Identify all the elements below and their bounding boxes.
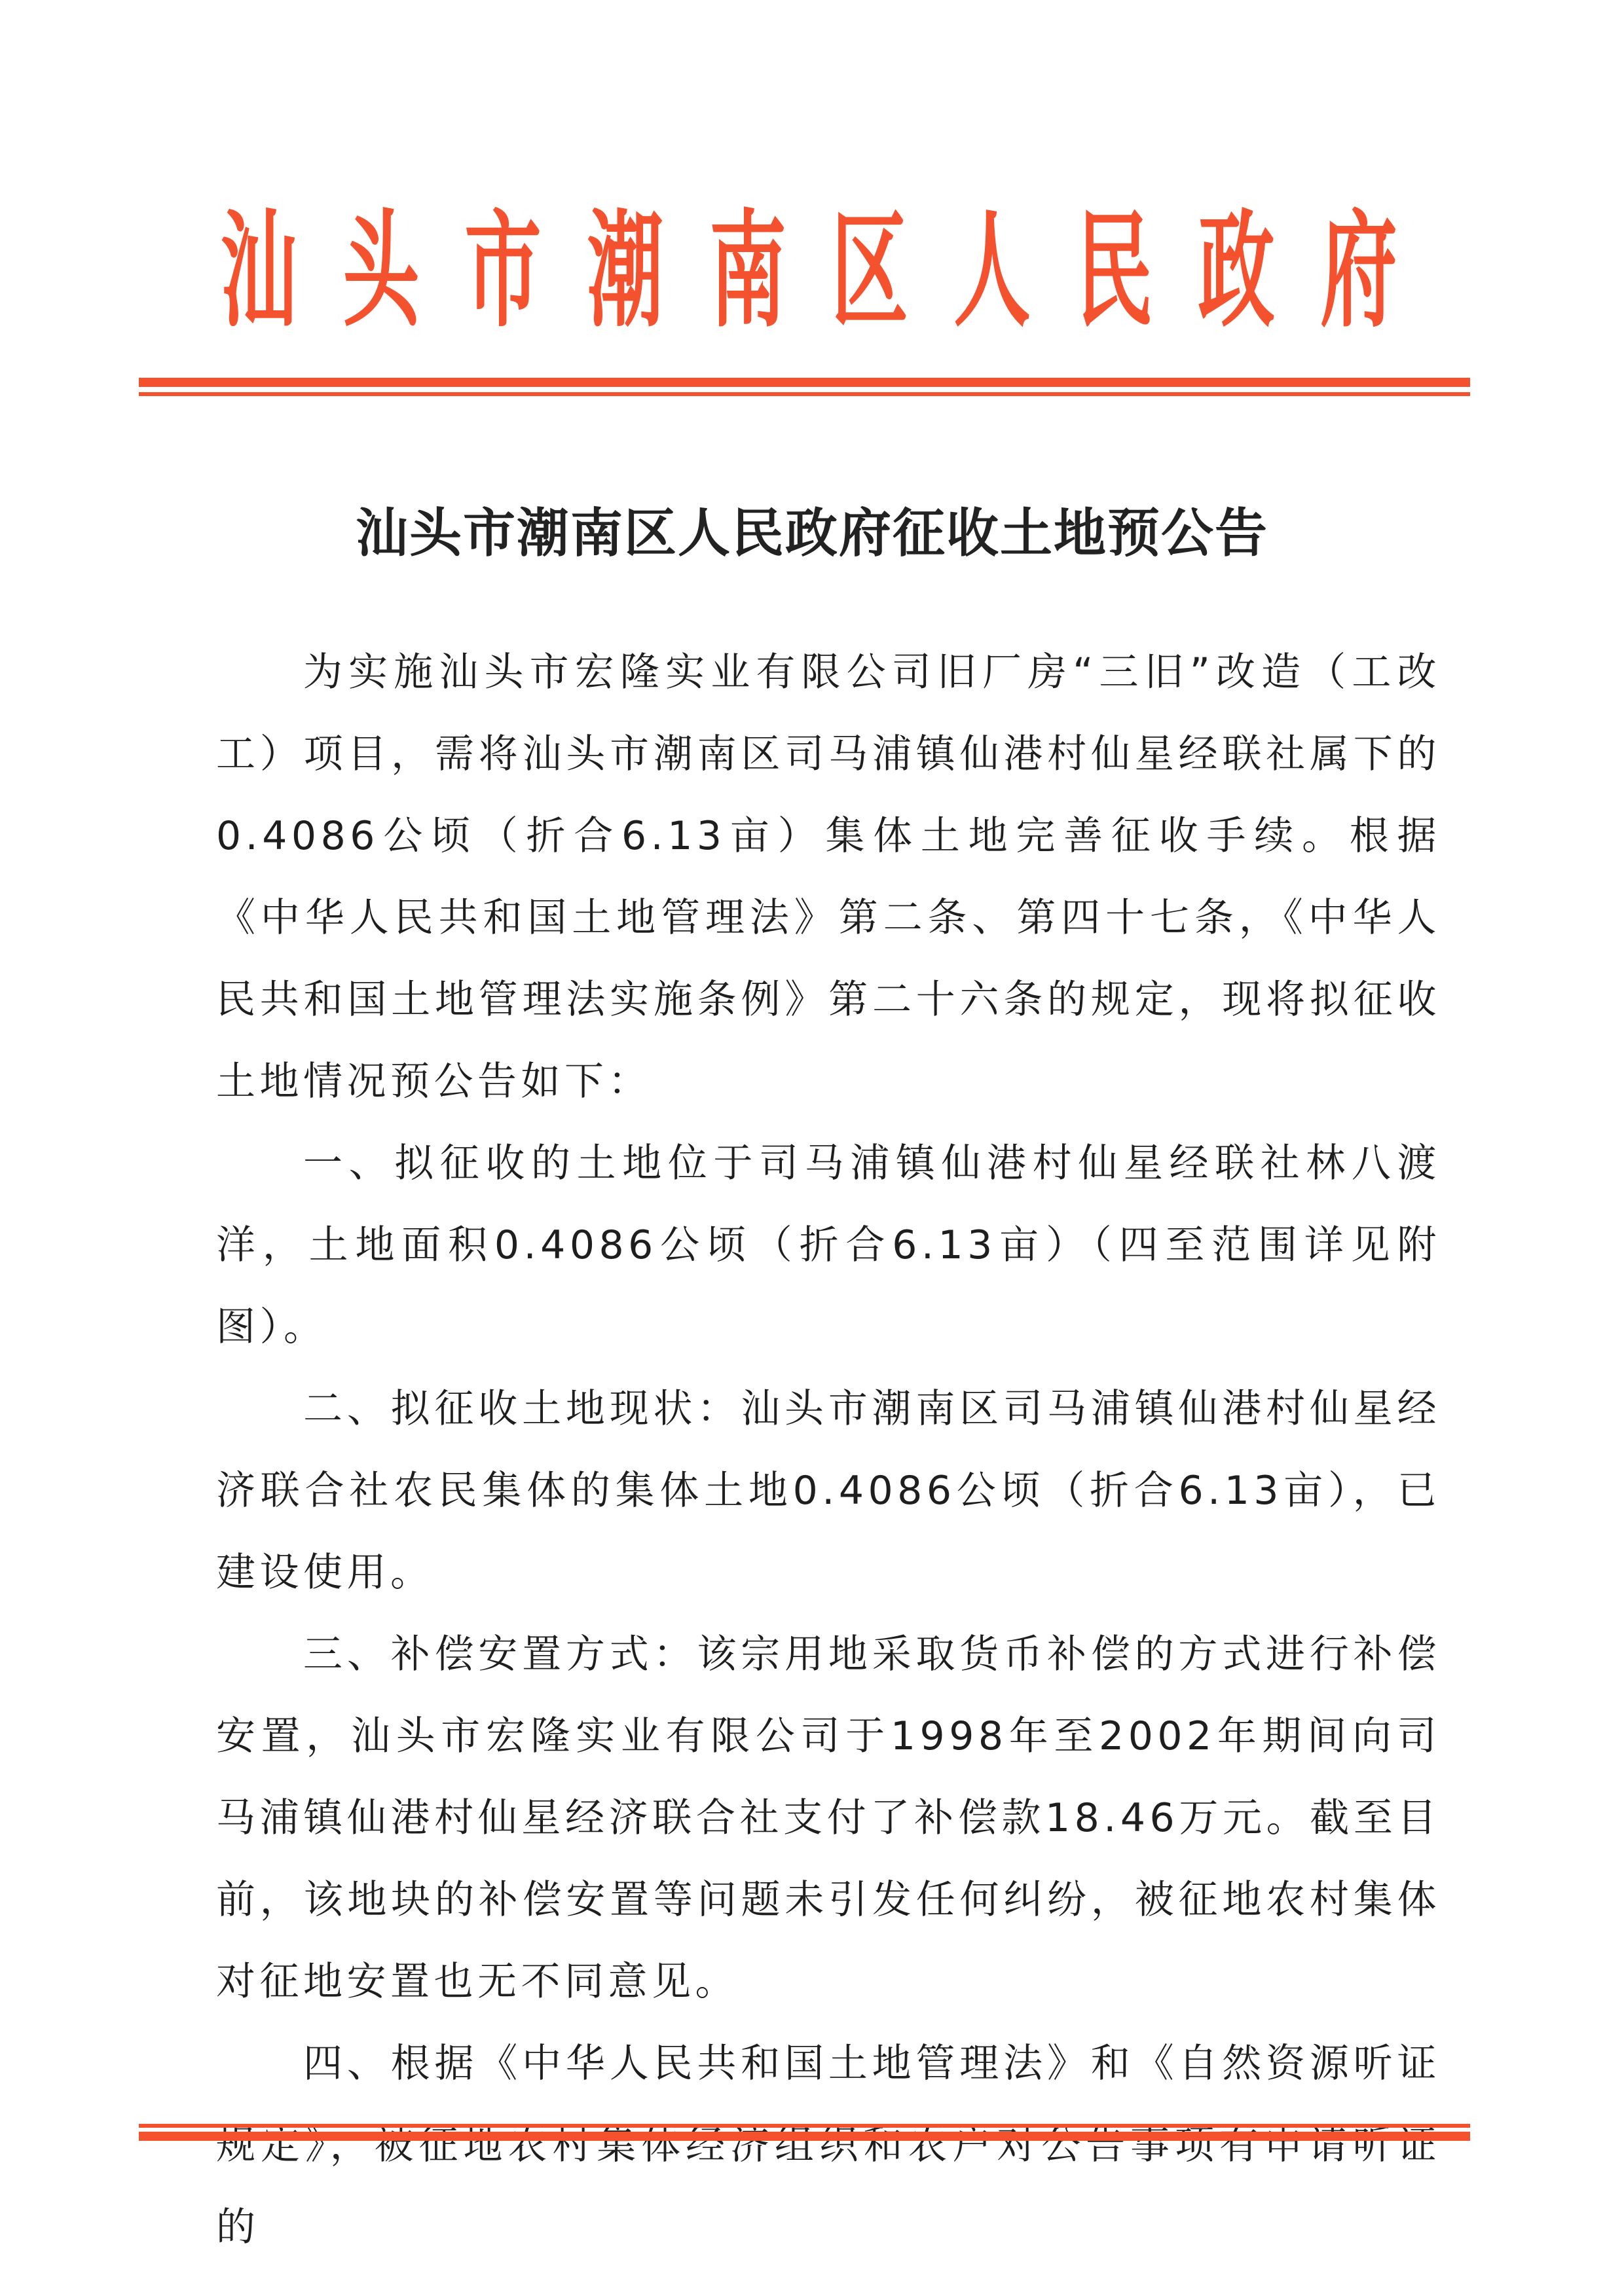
paragraph-item-1-location: 一、拟征收的土地位于司马浦镇仙港村仙星经联社林八渡洋，土地面积0.4086公顷（…: [216, 1123, 1441, 1368]
paragraph-item-4-hearing: 四、根据《中华人民共和国土地管理法》和《自然资源听证规定》，被征地农村集体经济组…: [216, 2023, 1441, 2269]
footer-rule-thin: [139, 2124, 1470, 2128]
document-body: 为实施汕头市宏隆实业有限公司旧厂房“三旧”改造（工改工）项目，需将汕头市潮南区司…: [216, 632, 1441, 2269]
letterhead-char: 南: [709, 188, 786, 355]
letterhead-issuer: 汕 头 市 潮 南 区 人 民 政 府: [210, 206, 1408, 337]
letterhead-char: 市: [465, 188, 542, 355]
footer-rule-thick: [139, 2132, 1470, 2141]
paragraph-item-2-status: 二、拟征收土地现状：汕头市潮南区司马浦镇仙港村仙星经济联合社农民集体的集体土地0…: [216, 1368, 1441, 1614]
letterhead-char: 府: [1320, 188, 1397, 355]
letterhead-char: 区: [832, 188, 908, 355]
letterhead-char: 民: [1076, 188, 1153, 355]
document-title: 汕头市潮南区人民政府征收土地预公告: [0, 497, 1624, 569]
letterhead-char: 人: [953, 188, 1030, 355]
paragraph-item-3-compensation: 三、补偿安置方式：该宗用地采取货币补偿的方式进行补偿安置，汕头市宏隆实业有限公司…: [216, 1614, 1441, 2023]
letterhead-char: 头: [342, 188, 419, 355]
letterhead-char: 潮: [587, 188, 663, 355]
letterhead-rule-thick: [139, 378, 1470, 387]
letterhead-rule-thin: [139, 392, 1470, 396]
paragraph-intro: 为实施汕头市宏隆实业有限公司旧厂房“三旧”改造（工改工）项目，需将汕头市潮南区司…: [216, 632, 1441, 1123]
letterhead-char: 汕: [221, 188, 297, 355]
document-page: 汕 头 市 潮 南 区 人 民 政 府 汕头市潮南区人民政府征收土地预公告 为实…: [0, 0, 1624, 2296]
letterhead-char: 政: [1198, 188, 1275, 355]
